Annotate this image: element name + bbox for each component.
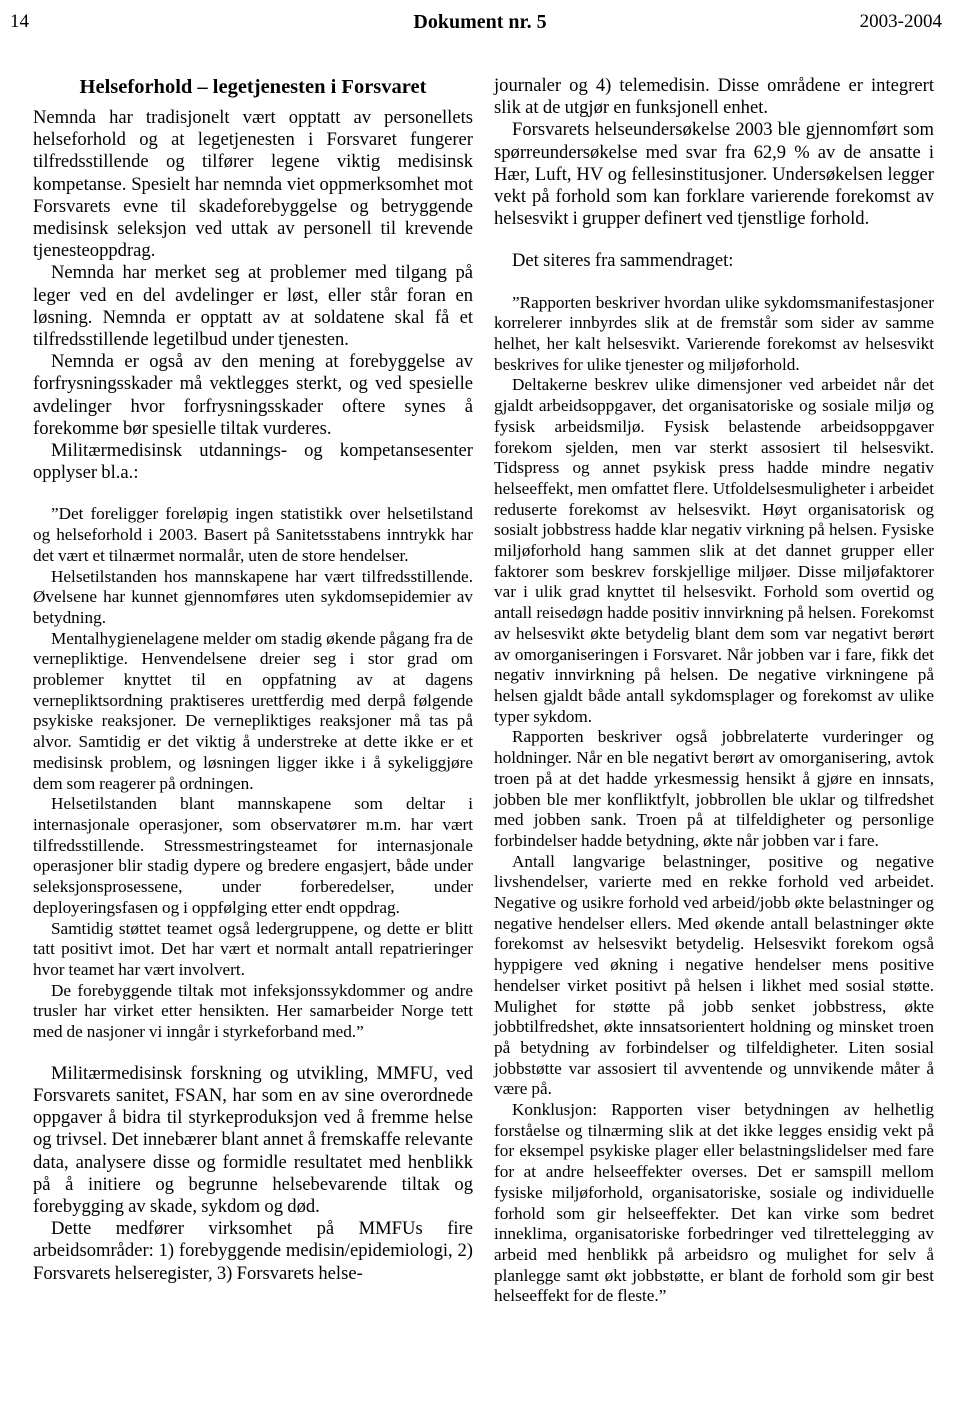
paragraph: Det siteres fra sammendraget: — [494, 250, 934, 272]
left-column: Helseforhold – legetjenesten i Forsvaret… — [33, 75, 473, 1307]
paragraph: Militærmedisinsk forskning og utvikling,… — [33, 1063, 473, 1218]
quote-paragraph: ”Rapporten beskriver hvordan ulike sykdo… — [494, 293, 934, 376]
quote-paragraph: Samtidig støttet teamet også ledergruppe… — [33, 919, 473, 981]
right-column: journaler og 4) telemedisin. Disse områd… — [494, 75, 934, 1307]
quote-paragraph: Deltakerne beskrev ulike dimensjoner ved… — [494, 375, 934, 727]
two-column-body: Helseforhold – legetjenesten i Forsvaret… — [33, 75, 934, 1307]
paragraph: Forsvarets helseundersøkelse 2003 ble gj… — [494, 119, 934, 230]
quote-paragraph: Helsetilstanden hos mannskapene har vært… — [33, 567, 473, 629]
quote-paragraph: Rapporten beskriver også jobbrelaterte v… — [494, 727, 934, 851]
quote-paragraph: Konklusjon: Rapporten viser betydningen … — [494, 1100, 934, 1307]
paragraph: Dette medfører virksomhet på MMFUs fire … — [33, 1218, 473, 1285]
paragraph: Nemnda har merket seg at problemer med t… — [33, 262, 473, 351]
quote-paragraph: Antall langvarige belastninger, positive… — [494, 852, 934, 1100]
paragraph: journaler og 4) telemedisin. Disse områd… — [494, 75, 934, 119]
running-header: 14 Dokument nr. 5 2003-2004 — [10, 10, 942, 34]
section-heading: Helseforhold – legetjenesten i Forsvaret — [33, 75, 473, 100]
document-title: Dokument nr. 5 — [0, 10, 960, 34]
quote-paragraph: De forebyggende tiltak mot infeksjonssyk… — [33, 981, 473, 1043]
quote-paragraph: Helsetilstanden blant mannskapene som de… — [33, 794, 473, 918]
quote-paragraph: ”Det foreligger foreløpig ingen statisti… — [33, 504, 473, 566]
paragraph: Nemnda er også av den mening at forebygg… — [33, 351, 473, 440]
paragraph: Militærmedisinsk utdannings- og kompetan… — [33, 440, 473, 484]
document-page: 14 Dokument nr. 5 2003-2004 Helseforhold… — [0, 0, 960, 1423]
paragraph: Nemnda har tradisjonelt vært opptatt av … — [33, 107, 473, 262]
quote-paragraph: Mentalhygienelagene melder om stadig øke… — [33, 629, 473, 795]
